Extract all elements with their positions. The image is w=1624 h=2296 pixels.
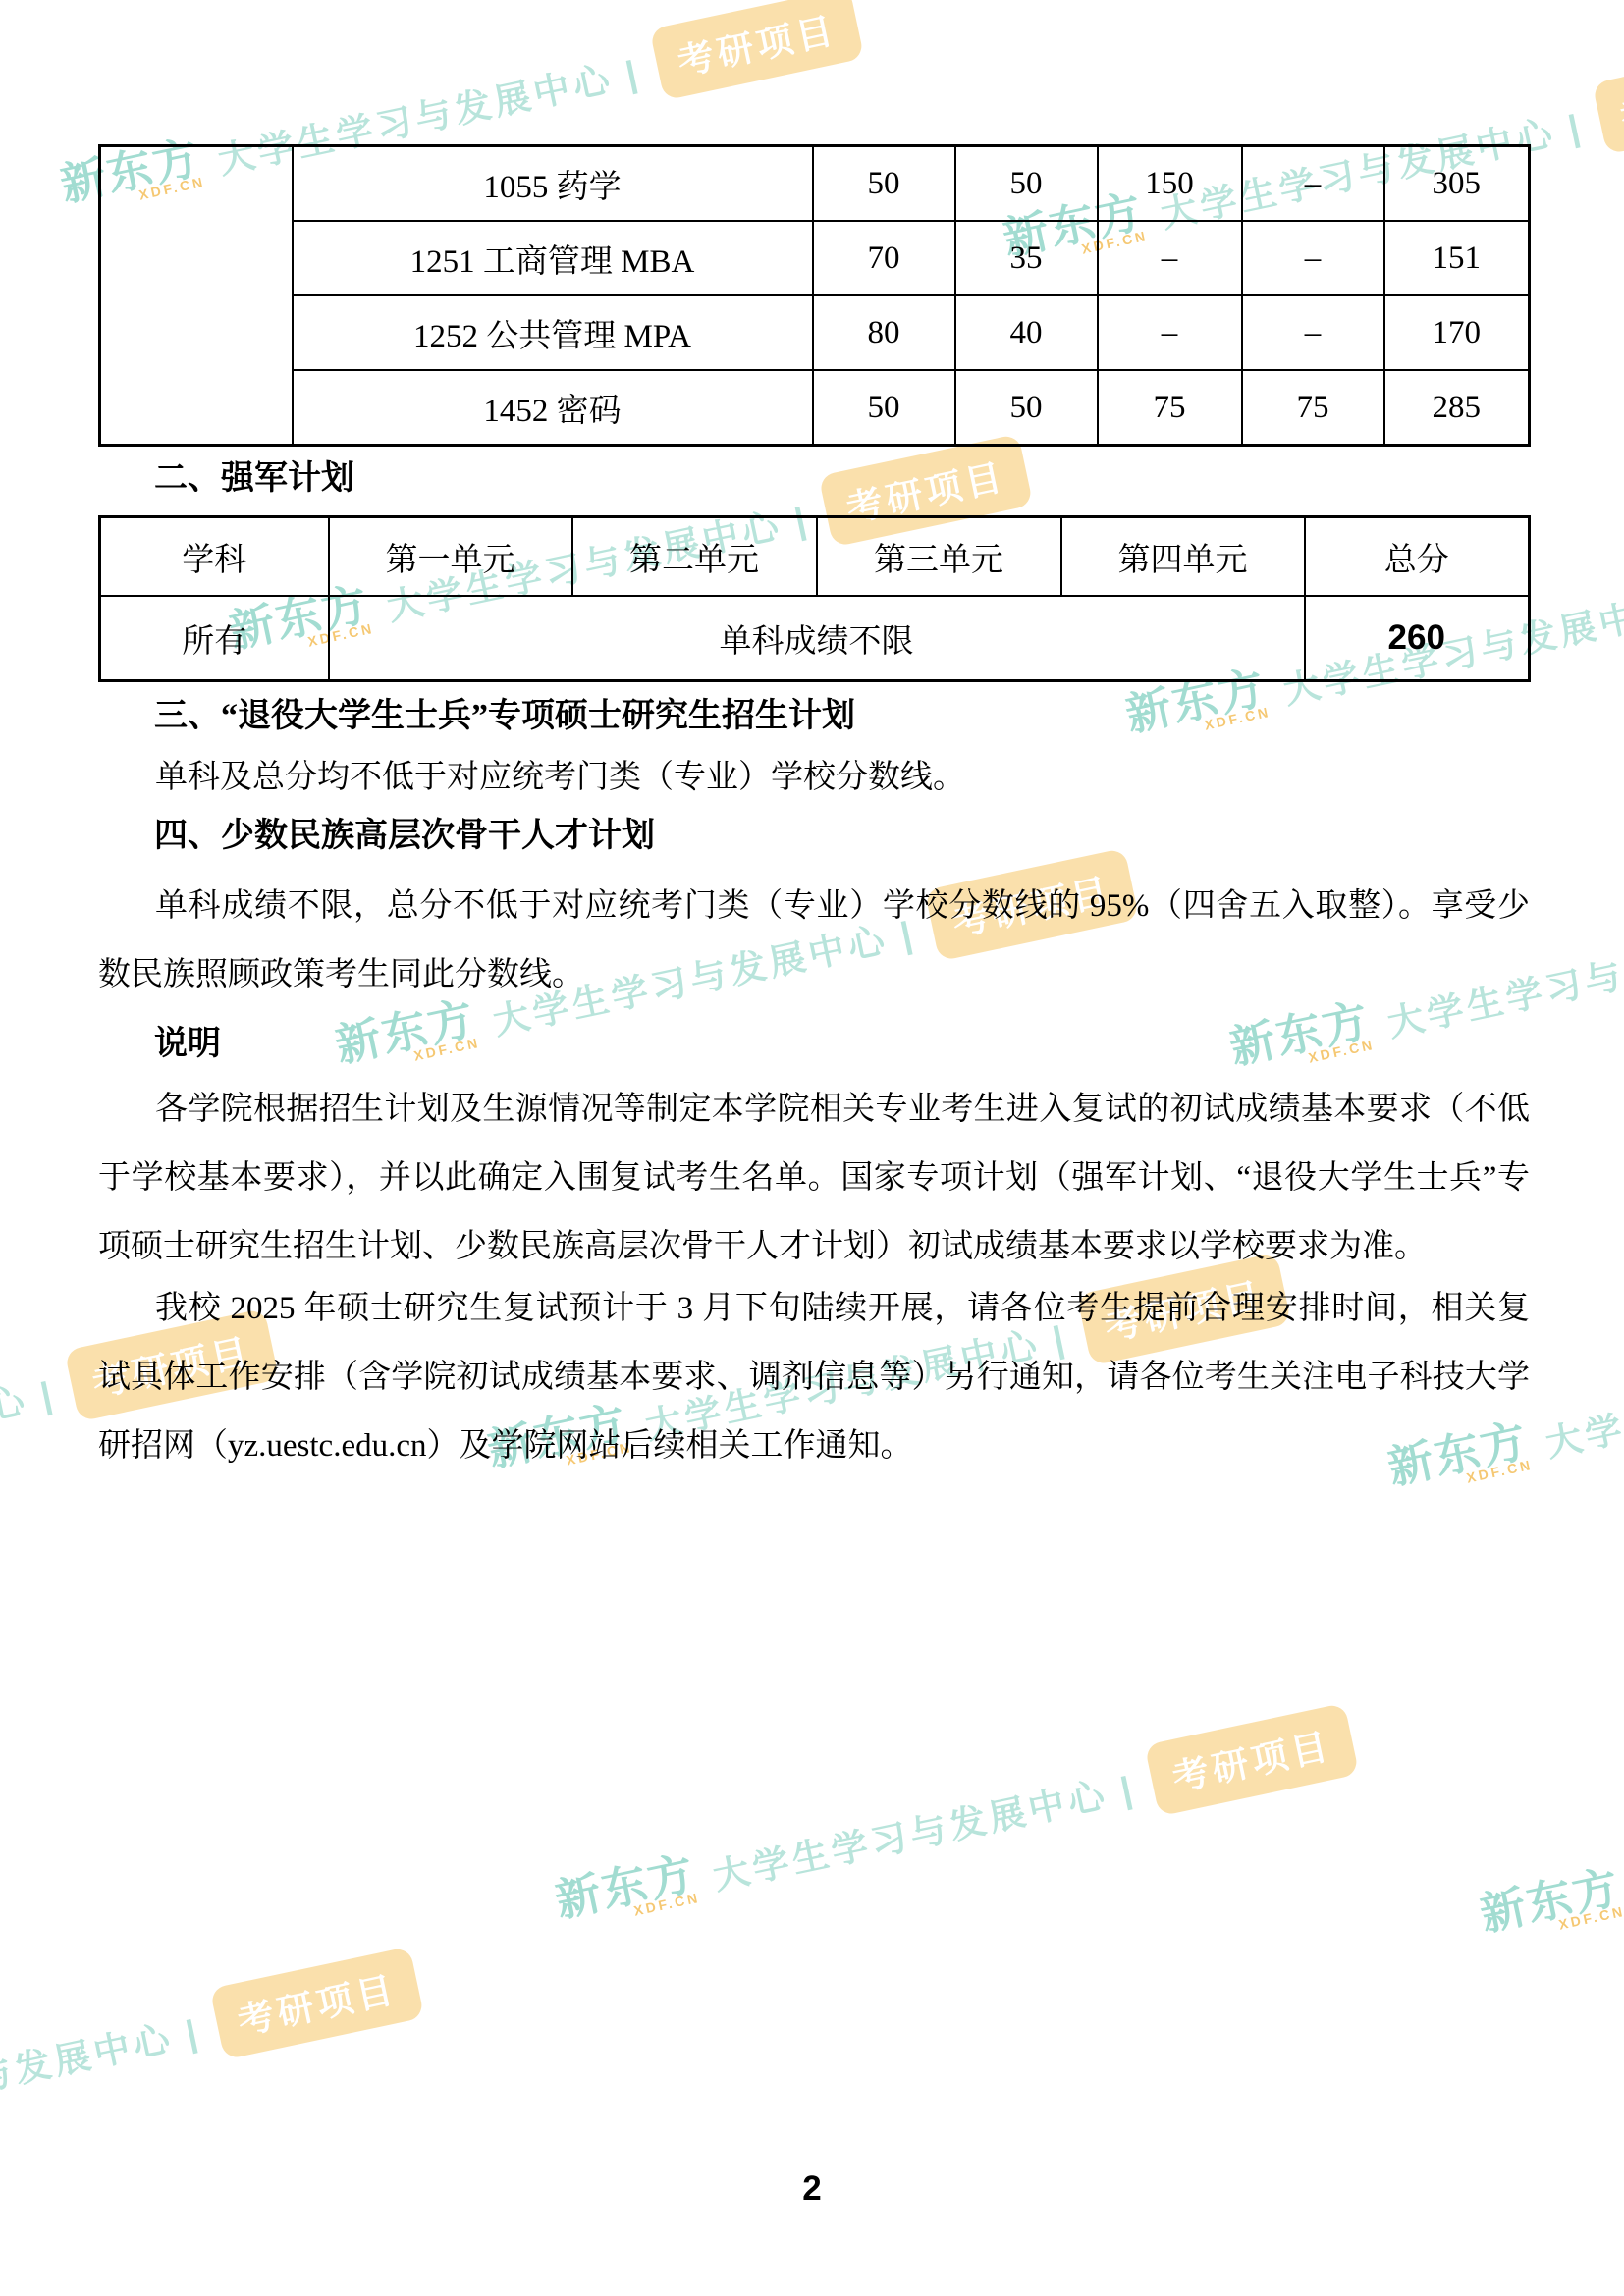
page-number: 2 bbox=[0, 2169, 1624, 2209]
section-heading-minority: 四、少数民族高层次骨干人才计划 bbox=[154, 815, 655, 858]
table-cell-score: 80 bbox=[813, 295, 955, 370]
xdf-logo: 新东方XDF.CN bbox=[1226, 998, 1376, 1081]
table-cell-major: 1452 密码 bbox=[293, 370, 813, 446]
table-header-row: 学科 第一单元 第二单元 第三单元 第四单元 总分 bbox=[100, 517, 1530, 597]
watermark-badge: 考研项目 bbox=[1144, 1703, 1359, 1817]
table-cell-score: 50 bbox=[813, 370, 955, 446]
minority-body-text: 单科成绩不限，总分不低于对应统考门类（专业）学校分数线的 95%（四舍五入取整）… bbox=[98, 872, 1530, 1009]
table-cell-score: 40 bbox=[955, 295, 1098, 370]
column-header: 第三单元 bbox=[817, 517, 1061, 597]
table-cell-major: 1251 工商管理 MBA bbox=[293, 221, 813, 295]
table-cell-score: 35 bbox=[955, 221, 1098, 295]
section-heading-notes: 说明 bbox=[154, 1023, 221, 1066]
column-header: 第四单元 bbox=[1061, 517, 1305, 597]
section-heading-qiangjun: 二、强军计划 bbox=[154, 457, 354, 501]
xdf-logo-text: 新东方 bbox=[552, 1851, 699, 1923]
table-row: 1452 密码 50 50 75 75 285 bbox=[100, 370, 1530, 446]
watermark-badge: 考研项目 bbox=[209, 1947, 424, 2060]
watermark-badge: 考研项目 bbox=[1592, 41, 1624, 155]
section-heading-veterans: 三、“退役大学生士兵”专项硕士研究生招生计划 bbox=[154, 695, 855, 738]
column-header: 第一单元 bbox=[329, 517, 572, 597]
table-cell-total: 151 bbox=[1384, 221, 1530, 295]
table-cell-score: 50 bbox=[955, 370, 1098, 446]
table-row: 1252 公共管理 MPA 80 40 – – 170 bbox=[100, 295, 1530, 370]
table-cell-score: 50 bbox=[813, 146, 955, 222]
table-cell-total: 305 bbox=[1384, 146, 1530, 222]
notes-paragraph-2: 我校 2025 年硕士研究生复试预计于 3 月下旬陆续开展，请各位考生提前合理安… bbox=[98, 1274, 1530, 1480]
watermark-text: 大学生学习与发展中心 | bbox=[708, 1759, 1140, 1900]
xdf-logo: 新东方XDF.CN bbox=[552, 1851, 701, 1934]
table-cell-subject: 所有 bbox=[100, 596, 329, 681]
table-cell-score: – bbox=[1242, 146, 1384, 222]
admission-score-table: 1055 药学 50 50 150 – 305 1251 工商管理 MBA 70… bbox=[98, 144, 1531, 447]
table-cell-total: 260 bbox=[1305, 596, 1530, 681]
xdf-logo: 新东方XDF.CN bbox=[1477, 1865, 1624, 1948]
table-row: 1055 药学 50 50 150 – 305 bbox=[100, 146, 1530, 222]
xdf-domain: XDF.CN bbox=[1203, 706, 1272, 732]
table-cell-major: 1252 公共管理 MPA bbox=[293, 295, 813, 370]
table-cell-total: 285 bbox=[1384, 370, 1530, 446]
xdf-domain: XDF.CN bbox=[412, 1037, 481, 1063]
watermark-badge: 考研项目 bbox=[649, 0, 864, 101]
column-header: 学科 bbox=[100, 517, 329, 597]
watermark-text: 大学生学习与发展中心 | bbox=[0, 1364, 60, 1506]
watermark: 新东方XDF.CN 大学生学习与发展中心 | 考研项目 bbox=[1475, 1717, 1624, 1956]
table-cell-score: – bbox=[1242, 221, 1384, 295]
table-cell-score: – bbox=[1098, 221, 1242, 295]
watermark-text: 大学生学习与发展中心 | bbox=[0, 2002, 205, 2144]
table-cell-score: 75 bbox=[1098, 370, 1242, 446]
table-cell-major: 1055 药学 bbox=[293, 146, 813, 222]
table-cell-score: – bbox=[1098, 295, 1242, 370]
watermark: 新东方XDF.CN 大学生学习与发展中心 | 考研项目 bbox=[0, 1947, 424, 2186]
table-cell-category-empty bbox=[100, 146, 293, 446]
table-cell-score: 75 bbox=[1242, 370, 1384, 446]
veterans-body-text: 单科及总分均不低于对应统考门类（专业）学校分数线。 bbox=[155, 756, 965, 799]
xdf-domain: XDF.CN bbox=[1307, 1039, 1376, 1065]
column-header: 总分 bbox=[1305, 517, 1530, 597]
watermark: 新东方XDF.CN 大学生学习与发展中心 | 考研项目 bbox=[550, 1703, 1359, 1943]
table-cell-score: 70 bbox=[813, 221, 955, 295]
table-row: 1251 工商管理 MBA 70 35 – – 151 bbox=[100, 221, 1530, 295]
table-row: 所有 单科成绩不限 260 bbox=[100, 596, 1530, 681]
xdf-domain: XDF.CN bbox=[1557, 1905, 1624, 1932]
document-page: 新东方XDF.CN 大学生学习与发展中心 | 考研项目 新东方XDF.CN 大学… bbox=[0, 0, 1624, 2296]
notes-paragraph-1: 各学院根据招生计划及生源情况等制定本学院相关专业考生进入复试的初试成绩基本要求（… bbox=[98, 1075, 1530, 1281]
xdf-logo-text: 新东方 bbox=[1477, 1865, 1624, 1937]
xdf-logo-text: 新东方 bbox=[1226, 998, 1374, 1070]
table-cell-score: 50 bbox=[955, 146, 1098, 222]
qiangjun-table: 学科 第一单元 第二单元 第三单元 第四单元 总分 所有 单科成绩不限 260 bbox=[98, 515, 1531, 682]
xdf-domain: XDF.CN bbox=[632, 1892, 701, 1918]
watermark-text: 大学生学习与发展中心 | bbox=[1541, 1326, 1624, 1468]
table-cell-note: 单科成绩不限 bbox=[329, 596, 1305, 681]
column-header: 第二单元 bbox=[572, 517, 817, 597]
table-cell-total: 170 bbox=[1384, 295, 1530, 370]
table-cell-score: 150 bbox=[1098, 146, 1242, 222]
table-cell-score: – bbox=[1242, 295, 1384, 370]
